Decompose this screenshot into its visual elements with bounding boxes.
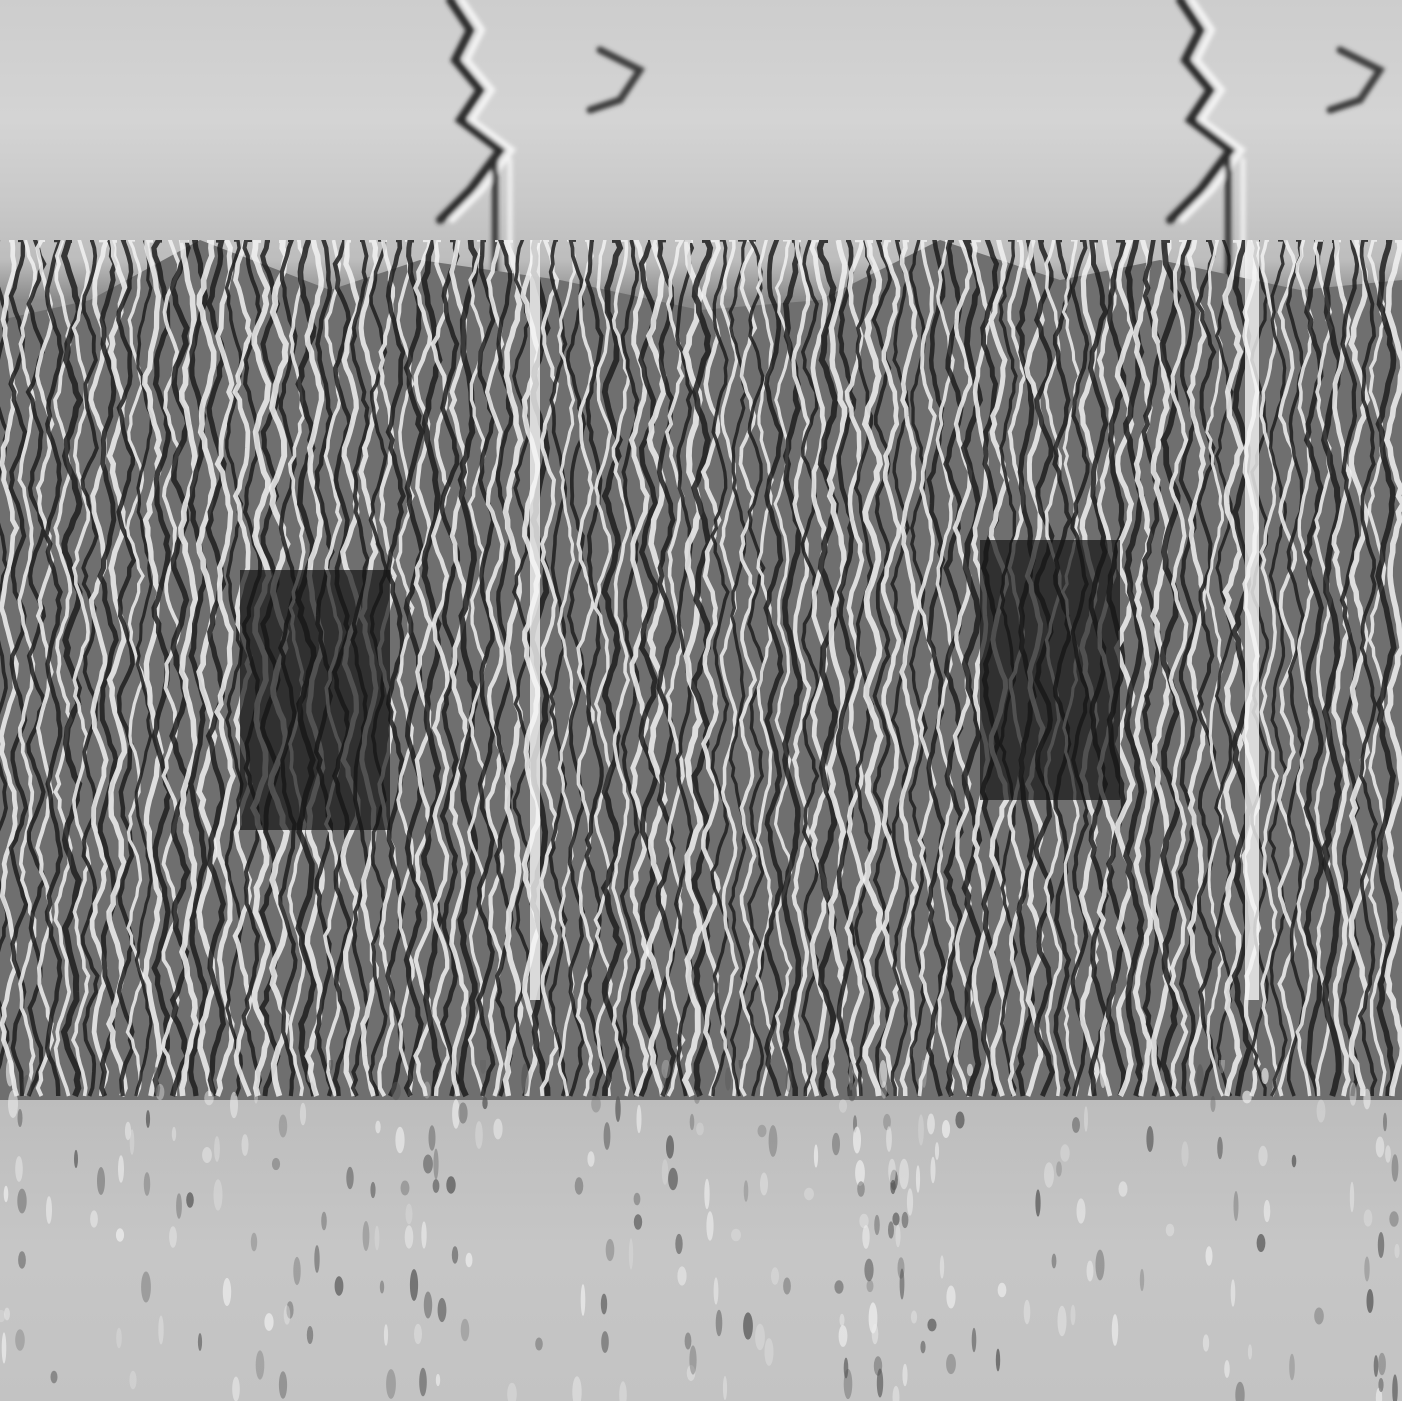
vegetation-band: [0, 240, 1402, 1100]
distorted-photo: Distorted grayscale photo with wave/ripp…: [0, 0, 1402, 1401]
ground-region: [0, 1060, 1402, 1401]
